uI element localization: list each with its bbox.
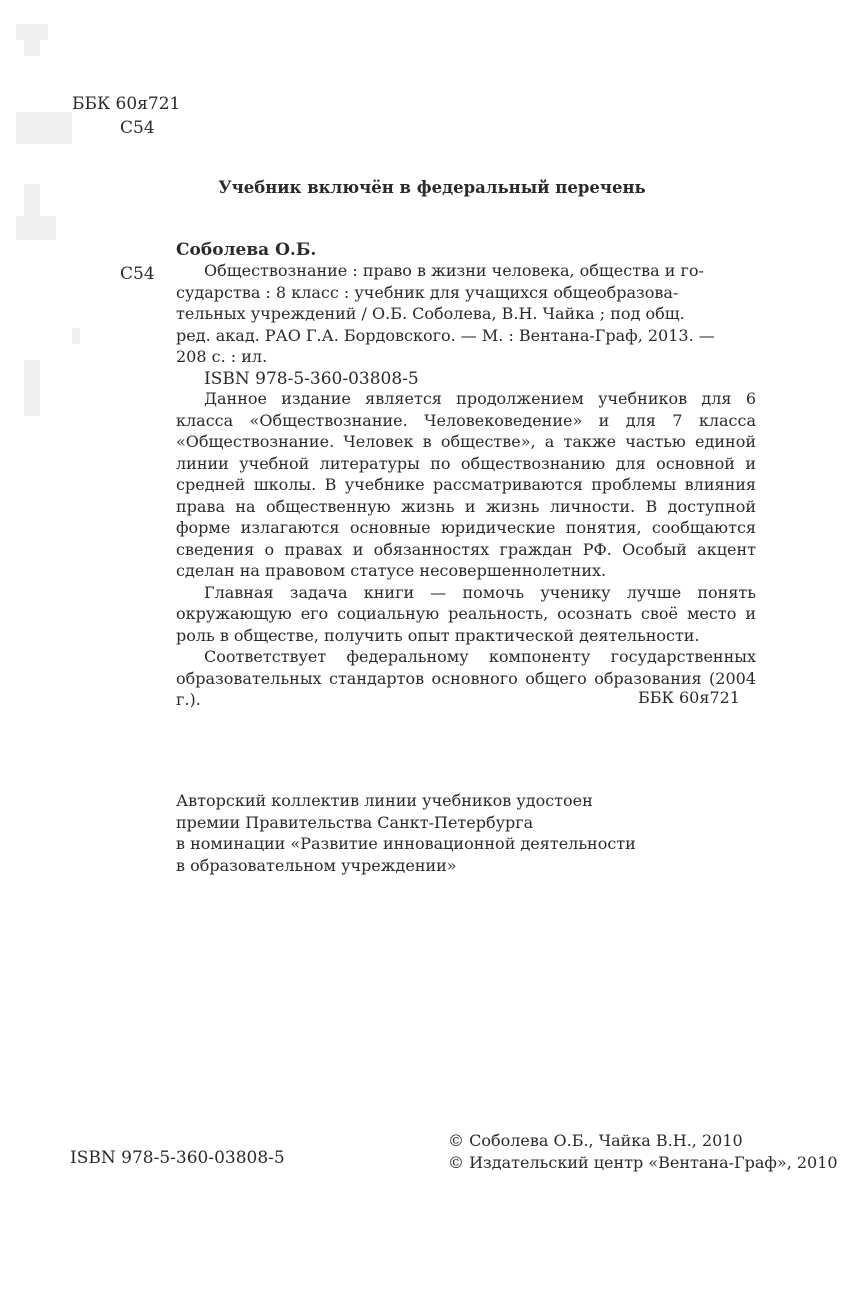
scan-artifact bbox=[16, 216, 56, 240]
catalog-bbk-code: ББК 60я721 bbox=[638, 688, 740, 707]
header-author-mark: С54 bbox=[72, 116, 180, 140]
annotation-paragraph: Данное издание является продолжением уче… bbox=[176, 388, 756, 582]
scan-artifact bbox=[24, 40, 40, 56]
federal-list-note: Учебник включён в федеральный перечень bbox=[0, 178, 864, 197]
annotation: Данное издание является продолжением уче… bbox=[176, 388, 756, 711]
bib-line: тельных учреждений / О.Б. Соболева, В.Н.… bbox=[176, 303, 756, 325]
copyright-line: © Издательский центр «Вентана-Граф», 201… bbox=[448, 1152, 838, 1174]
annotation-paragraph: Главная задача книги — помочь ученику лу… bbox=[176, 582, 756, 647]
award-line: в номинации «Развитие инновационной деят… bbox=[176, 833, 636, 855]
award-line: в образовательном учреждении» bbox=[176, 855, 636, 877]
bib-line: сударства : 8 класс : учебник для учащих… bbox=[176, 282, 756, 304]
catalog-author: Соболева О.Б. bbox=[176, 240, 316, 260]
bib-line: ред. акад. РАО Г.А. Бордовского. — М. : … bbox=[176, 325, 756, 347]
scan-artifact bbox=[72, 328, 80, 344]
copyright-block: © Соболева О.Б., Чайка В.Н., 2010 © Изда… bbox=[448, 1130, 838, 1174]
catalog-author-mark: С54 bbox=[120, 264, 155, 284]
scan-artifact bbox=[16, 112, 72, 144]
award-note: Авторский коллектив линии учебников удос… bbox=[176, 790, 636, 876]
bib-line: Обществознание : право в жизни человека,… bbox=[176, 260, 756, 282]
bibliographic-description: Обществознание : право в жизни человека,… bbox=[176, 260, 756, 368]
header-codes: ББК 60я721 С54 bbox=[72, 92, 180, 140]
footer-isbn: ISBN 978-5-360-03808-5 bbox=[70, 1148, 285, 1168]
copyright-line: © Соболева О.Б., Чайка В.Н., 2010 bbox=[448, 1130, 838, 1152]
bib-line: 208 с. : ил. bbox=[176, 346, 756, 368]
award-line: премии Правительства Санкт-Петербурга bbox=[176, 812, 636, 834]
catalog-isbn: ISBN 978-5-360-03808-5 bbox=[204, 369, 419, 389]
scan-artifact bbox=[16, 24, 48, 40]
header-bbk-code: ББК 60я721 bbox=[72, 94, 180, 114]
scan-artifact bbox=[24, 360, 40, 416]
award-line: Авторский коллектив линии учебников удос… bbox=[176, 790, 636, 812]
